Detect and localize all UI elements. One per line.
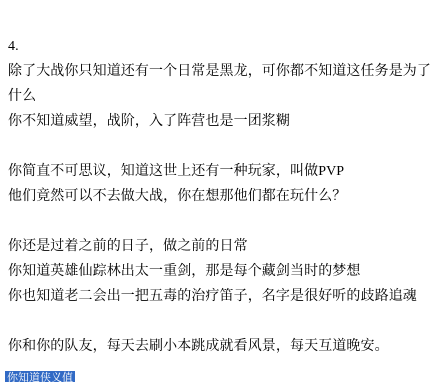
text-line: 他们竟然可以不去做大战，你在想那他们都在玩什么？ (8, 184, 432, 209)
selected-text-fragment: 你知道侠义值 (5, 371, 75, 382)
text-line: 你简直不可思议，知道这世上还有一种玩家，叫做PVP (8, 159, 432, 184)
text-line: 什么 (8, 84, 432, 109)
paragraph: 你简直不可思议，知道这世上还有一种玩家，叫做PVP他们竟然可以不去做大战，你在想… (8, 159, 432, 209)
text-line: 你和你的队友，每天去刷小本跳成就看风景，每天互道晚安。 (8, 334, 432, 359)
text-line: 除了大战你只知道还有一个日常是黑龙，可你都不知道这任务是为了 (8, 59, 432, 84)
paragraph: 你和你的队友，每天去刷小本跳成就看风景，每天互道晚安。 (8, 334, 432, 359)
page: { "page": { "background_color": "#ffffff… (0, 0, 440, 382)
paragraph: 你还是过着之前的日子，做之前的日常你知道英雄仙踪林出太一重剑，那是每个藏剑当时的… (8, 234, 432, 309)
text-line: 你也知道老二会出一把五毒的治疗笛子，名字是很好听的歧路追魂 (8, 284, 432, 309)
text-content: 4.除了大战你只知道还有一个日常是黑龙，可你都不知道这任务是为了什么你不知道威望… (0, 0, 440, 359)
text-line: 你知道英雄仙踪林出太一重剑，那是每个藏剑当时的梦想 (8, 259, 432, 284)
text-line: 4. (8, 34, 432, 59)
paragraph: 4.除了大战你只知道还有一个日常是黑龙，可你都不知道这任务是为了什么你不知道威望… (8, 34, 432, 134)
text-line: 你还是过着之前的日子，做之前的日常 (8, 234, 432, 259)
text-line: 你不知道威望，战阶，入了阵营也是一团浆糊 (8, 109, 432, 134)
